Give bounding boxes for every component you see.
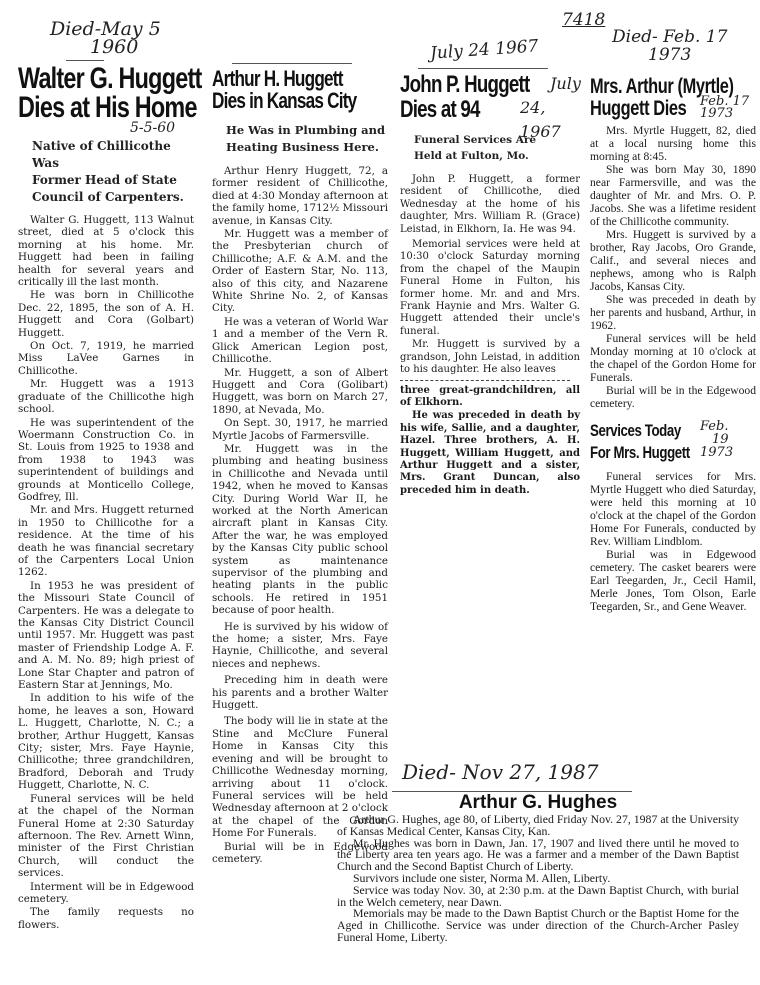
headline: Walter G. Huggett Dies at His Home: [18, 64, 155, 122]
divider: [418, 68, 548, 69]
paragraph: Mr. Huggett, a son of Albert Huggett and…: [212, 367, 388, 417]
paragraph: Arthur Henry Huggett, 72, a former resid…: [212, 165, 388, 227]
clipping-services-today: Services Today For Mrs. Huggett Feb. 19 …: [590, 420, 756, 613]
subhead-line: Heating Business Here.: [226, 139, 388, 156]
paragraph: She was preceded in death by her parents…: [590, 293, 756, 332]
clipping-john-huggett: John P. Huggett Dies at 94 July 24, 1967…: [400, 72, 580, 498]
paragraph: Mr. Huggett was in the plumbing and heat…: [212, 443, 388, 617]
handwritten-line: 1973: [700, 446, 733, 459]
handwritten-date-note: 5-5-60: [130, 120, 175, 136]
article-body-continued: three great-grandchildren, all of Elkhor…: [400, 385, 580, 498]
paragraph: Memorials may be made to the Dawn Baptis…: [337, 908, 739, 943]
paragraph: Mr. and Mrs. Huggett returned in 1950 to…: [18, 504, 194, 578]
paragraph: Burial was in Edgewood cemetery. The cas…: [590, 548, 756, 613]
handwritten-death-date: Died-May 5 1960: [50, 20, 161, 56]
handwritten-line: Died- Feb. 17: [612, 28, 727, 46]
clipping-arthur-huggett: Arthur H. Huggett Dies in Kansas City He…: [212, 68, 388, 866]
headline-line: Walter G. Huggett: [18, 64, 155, 93]
article-body: Mrs. Myrtle Huggett, 82, died at a local…: [590, 124, 756, 410]
paragraph: He was born in Chillicothe Dec. 22, 1895…: [18, 289, 194, 339]
article-body: John P. Huggett, a former resident of Ch…: [400, 174, 580, 377]
clipping-walter-huggett: Walter G. Huggett Dies at His Home 5-5-6…: [18, 64, 194, 932]
clipping-myrtle-huggett: Mrs. Arthur (Myrtle) Huggett Dies Feb. 1…: [590, 76, 756, 410]
paragraph: The family requests no flowers.: [18, 906, 194, 931]
paragraph: On Oct. 7, 1919, he married Miss LaVee G…: [18, 340, 194, 377]
paragraph: On Sept. 30, 1917, he married Myrtle Jac…: [212, 417, 388, 442]
paragraph: three great-grandchildren, all of Elkhor…: [400, 385, 580, 410]
headline-line: Dies in Kansas City: [212, 90, 349, 112]
paragraph: In addition to his wife of the home, he …: [18, 692, 194, 791]
handwritten-line: 24, 1967: [520, 96, 581, 144]
handwritten-date-note: Feb. 19 1973: [700, 420, 733, 459]
handwritten-death-date: Died- Nov 27, 1987: [402, 760, 598, 784]
handwritten-death-date: July 24 1967: [429, 36, 539, 64]
paragraph: She was born May 30, 1890 near Farmersvi…: [590, 163, 756, 228]
paragraph: Arthur G. Hughes, age 80, of Liberty, di…: [337, 814, 739, 838]
paragraph: Preceding him in death were his parents …: [212, 674, 388, 711]
handwritten-date-note: Feb. 17 1973: [700, 96, 749, 120]
handwritten-line: 1960: [50, 38, 161, 56]
paragraph: Interment will be in Edgewood cemetery.: [18, 881, 194, 906]
clipping-arthur-hughes: Arthur G. Hughes Arthur G. Hughes, age 8…: [337, 792, 739, 944]
paragraph: Mr. Huggett was a member of the Presbyte…: [212, 228, 388, 315]
paragraph: Mrs. Myrtle Huggett, 82, died at a local…: [590, 124, 756, 163]
headline: Arthur G. Hughes: [337, 792, 739, 814]
paragraph: In 1953 he was president of the Missouri…: [18, 580, 194, 692]
headline: Arthur H. Huggett Dies in Kansas City: [212, 68, 349, 112]
paragraph: Funeral services for Mrs. Myrtle Huggett…: [590, 470, 756, 548]
handwritten-death-date: Died- Feb. 17 1973: [612, 28, 727, 64]
handwritten-line: 1973: [612, 46, 727, 64]
handwritten-catalog-number: 7418: [562, 10, 605, 30]
divider: [232, 63, 352, 64]
paragraph: He was superintendent of the Woermann Co…: [18, 417, 194, 504]
paragraph: Burial will be in the Edgewood cemetery.: [590, 384, 756, 410]
subheadline: He Was in Plumbing and Heating Business …: [212, 122, 388, 156]
article-body: Funeral services for Mrs. Myrtle Huggett…: [590, 470, 756, 613]
subheadline: Native of Chillicothe Was Former Head of…: [18, 138, 194, 206]
paragraph: Mrs. Huggett is survived by a brother, R…: [590, 228, 756, 293]
handwritten-date-note: July 24, 1967: [520, 72, 581, 144]
paragraph: Walter G. Huggett, 113 Walnut street, di…: [18, 214, 194, 288]
handwritten-line: July: [520, 72, 581, 96]
paragraph: Mr. Huggett was a 1913 graduate of the C…: [18, 378, 194, 415]
article-body: Arthur G. Hughes, age 80, of Liberty, di…: [337, 814, 739, 944]
paragraph: He is survived by his widow of the home;…: [212, 621, 388, 671]
paragraph: He was preceded in death by his wife, Sa…: [400, 410, 580, 497]
paragraph: Mr. Huggett is survived by a grandson, J…: [400, 339, 580, 376]
paragraph: Funeral services will be held Monday mor…: [590, 332, 756, 384]
paragraph: He was a veteran of World War 1 and a me…: [212, 316, 388, 366]
subhead-line: He Was in Plumbing and: [226, 122, 388, 139]
paragraph: Service was today Nov. 30, at 2:30 p.m. …: [337, 885, 739, 909]
article-body: Arthur Henry Huggett, 72, a former resid…: [212, 165, 388, 865]
headline-line: Dies at His Home: [18, 93, 155, 122]
subhead-line: Council of Carpenters.: [32, 189, 194, 206]
article-body: Walter G. Huggett, 113 Walnut street, di…: [18, 214, 194, 931]
headline-line: Arthur H. Huggett: [212, 68, 349, 90]
subhead-line: Former Head of State: [32, 172, 194, 189]
paragraph: Funeral services will be held at the cha…: [18, 793, 194, 880]
paragraph: Mr. Hughes was born in Dawn, Jan. 17, 19…: [337, 838, 739, 873]
divider: [400, 380, 570, 381]
paragraph: Memorial services were held at 10:30 o'c…: [400, 239, 580, 338]
paragraph: John P. Huggett, a former resident of Ch…: [400, 174, 580, 236]
subhead-line: Native of Chillicothe Was: [32, 138, 194, 172]
divider: [66, 60, 104, 61]
subhead-line: Held at Fulton, Mo.: [414, 148, 580, 164]
handwritten-line: 1973: [700, 108, 749, 120]
